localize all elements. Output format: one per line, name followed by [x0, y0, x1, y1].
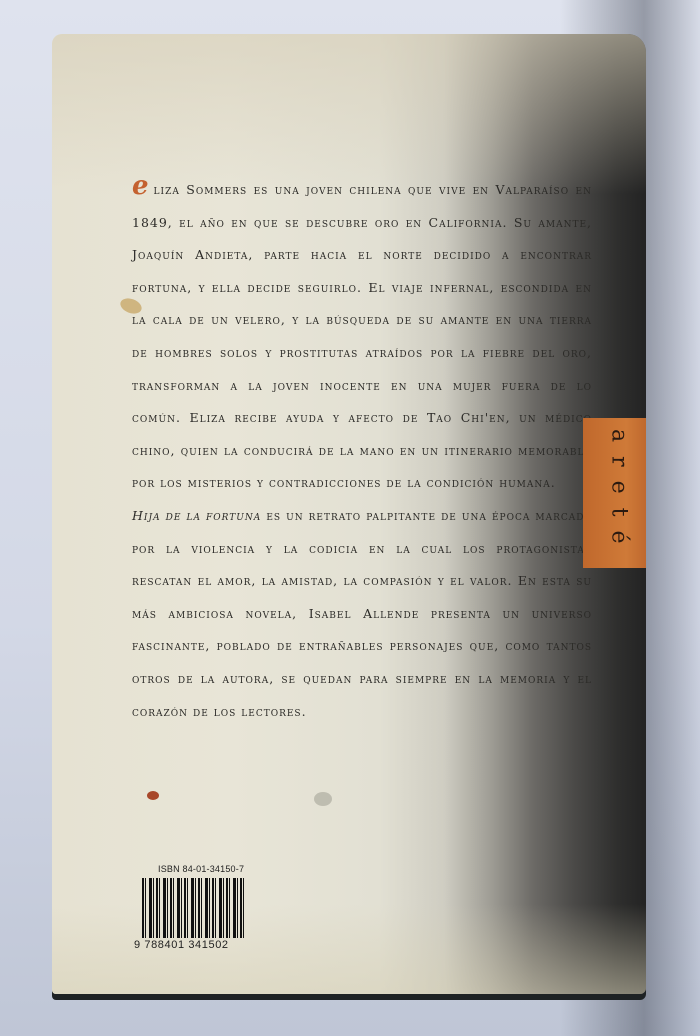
- synopsis-paragraph-2: Hija de la fortuna es un retrato palpita…: [132, 500, 592, 728]
- collection-tab: areté: [583, 418, 646, 568]
- synopsis-paragraph-1-text: liza Sommers es una joven chilena que vi…: [132, 182, 592, 490]
- isbn-label: ISBN 84-01-34150-7: [158, 864, 244, 874]
- stain-mark: [147, 791, 159, 800]
- barcode-icon: [142, 878, 244, 938]
- isbn-barcode-block: ISBN 84-01-34150-7 9 788401 341502: [134, 864, 244, 951]
- synopsis-paragraph-1: eliza Sommers es una joven chilena que v…: [132, 174, 592, 500]
- synopsis-text: eliza Sommers es una joven chilena que v…: [132, 174, 592, 728]
- barcode-digits: 9 788401 341502: [134, 939, 244, 951]
- synopsis-paragraph-2-text: es un retrato palpitante de una época ma…: [132, 508, 592, 719]
- stain-mark: [314, 792, 332, 806]
- collection-label: areté: [607, 429, 632, 558]
- dropcap-letter: e: [132, 171, 150, 201]
- book-title-italic: Hija de la fortuna: [132, 508, 261, 523]
- book-back-cover: eliza Sommers es una joven chilena que v…: [52, 34, 646, 994]
